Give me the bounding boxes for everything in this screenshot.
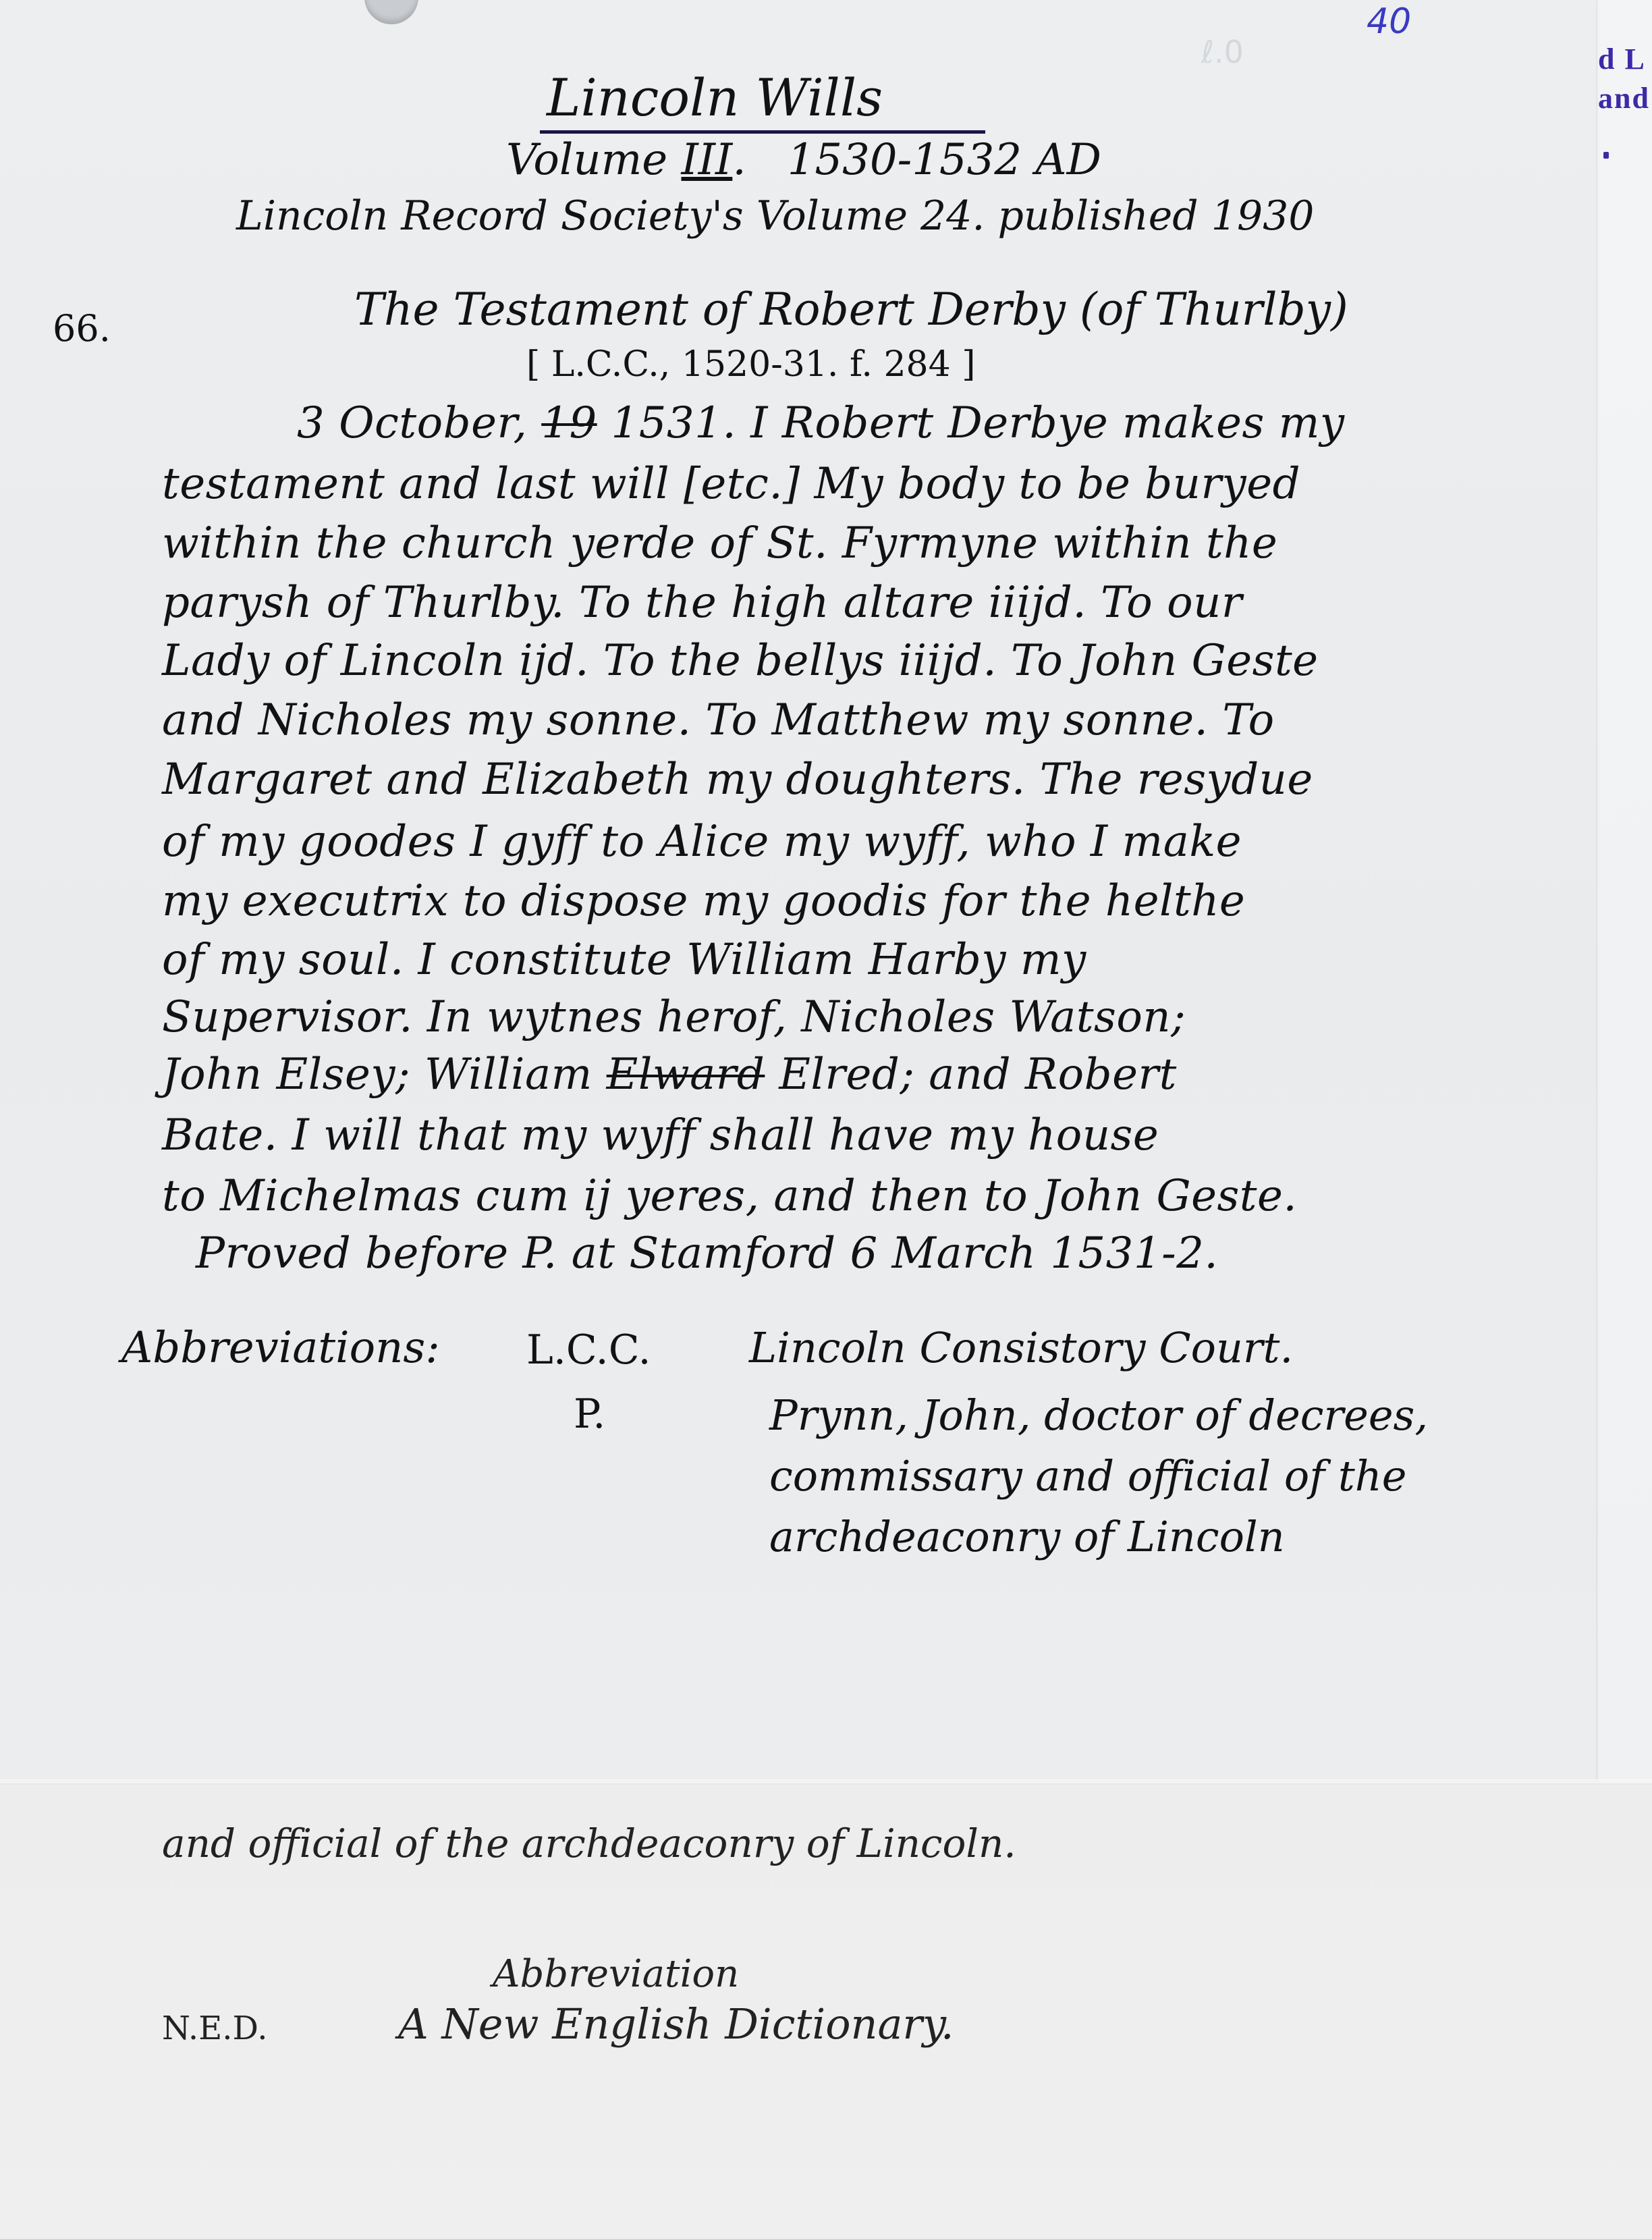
body-line: my executrix to dispose my goodis for th… bbox=[162, 876, 1245, 926]
abbreviation-key: P. bbox=[574, 1391, 605, 1438]
background-page-text: d L bbox=[1598, 42, 1652, 76]
handwritten-sheet: 40 ℓ.0 Lincoln Wills Volume III. 1530-15… bbox=[0, 0, 1596, 1782]
body-line: of my soul. I constitute William Harby m… bbox=[162, 935, 1086, 985]
title-underline bbox=[540, 130, 985, 134]
body-line: Margaret and Elizabeth my doughters. The… bbox=[162, 755, 1313, 805]
background-page-text: and bbox=[1598, 81, 1652, 115]
background-page-mark bbox=[1603, 152, 1609, 159]
body-line: 3 October, 19 1531. I Robert Derbye make… bbox=[297, 398, 1345, 448]
pencil-mark: ℓ.0 bbox=[1201, 34, 1244, 70]
probate-line: Proved before P. at Stamford 6 March 153… bbox=[196, 1229, 1218, 1278]
punch-hole bbox=[364, 0, 418, 24]
fold-line bbox=[0, 1779, 1652, 1785]
body-line: to Michelmas cum ij yeres, and then to J… bbox=[162, 1171, 1297, 1221]
abbreviation-heading: Abbreviation bbox=[493, 1952, 739, 1996]
struck-text: 19 bbox=[541, 398, 597, 448]
body-line: Lady of Lincoln ijd. To the bellys iiijd… bbox=[162, 636, 1319, 686]
page-number: 40 bbox=[1367, 1, 1411, 42]
entry-reference: [ L.C.C., 1520-31. f. 284 ] bbox=[526, 344, 976, 385]
abbreviation-value: Prynn, John, doctor of decrees, bbox=[769, 1391, 1428, 1440]
continuation-line: and official of the archdeaconry of Linc… bbox=[162, 1820, 1016, 1866]
body-line: parysh of Thurlby. To the high altare ii… bbox=[162, 578, 1242, 628]
abbreviation-value: A New English Dictionary. bbox=[398, 1999, 954, 2049]
body-line: John Elsey; William Elward Elred; and Ro… bbox=[162, 1050, 1177, 1100]
abbreviation-key: L.C.C. bbox=[526, 1326, 651, 1374]
date-range: 1530-1532 AD bbox=[788, 135, 1101, 185]
abbreviation-value: commissary and official of the bbox=[769, 1451, 1406, 1501]
publication-line: Lincoln Record Society's Volume 24. publ… bbox=[236, 192, 1314, 240]
body-line: Supervisor. In wytnes herof, Nicholes Wa… bbox=[162, 992, 1186, 1042]
document-title: Lincoln Wills bbox=[547, 68, 883, 128]
body-line: of my goodes I gyff to Alice my wyff, wh… bbox=[162, 817, 1242, 867]
abbreviation-value: archdeaconry of Lincoln bbox=[769, 1512, 1285, 1561]
struck-text: Elward bbox=[607, 1050, 765, 1100]
body-line: Bate. I will that my wyff shall have my … bbox=[162, 1110, 1159, 1160]
volume-label: Volume bbox=[506, 135, 667, 185]
body-line: within the church yerde of St. Fyrmyne w… bbox=[162, 518, 1277, 568]
abbreviation-key: N.E.D. bbox=[162, 2009, 268, 2047]
body-line: and Nicholes my sonne. To Matthew my son… bbox=[162, 695, 1275, 745]
volume-line: Volume III. 1530-1532 AD bbox=[506, 135, 1101, 185]
volume-numeral: III bbox=[681, 135, 732, 185]
entry-heading: The Testament of Robert Derby (of Thurlb… bbox=[354, 284, 1348, 335]
entry-number: 66. bbox=[53, 307, 111, 350]
abbreviations-label: Abbreviations: bbox=[121, 1323, 440, 1373]
lower-sheet: and official of the archdeaconry of Linc… bbox=[0, 1782, 1652, 2239]
abbreviation-value: Lincoln Consistory Court. bbox=[749, 1323, 1293, 1372]
body-line: testament and last will [etc.] My body t… bbox=[162, 459, 1300, 509]
